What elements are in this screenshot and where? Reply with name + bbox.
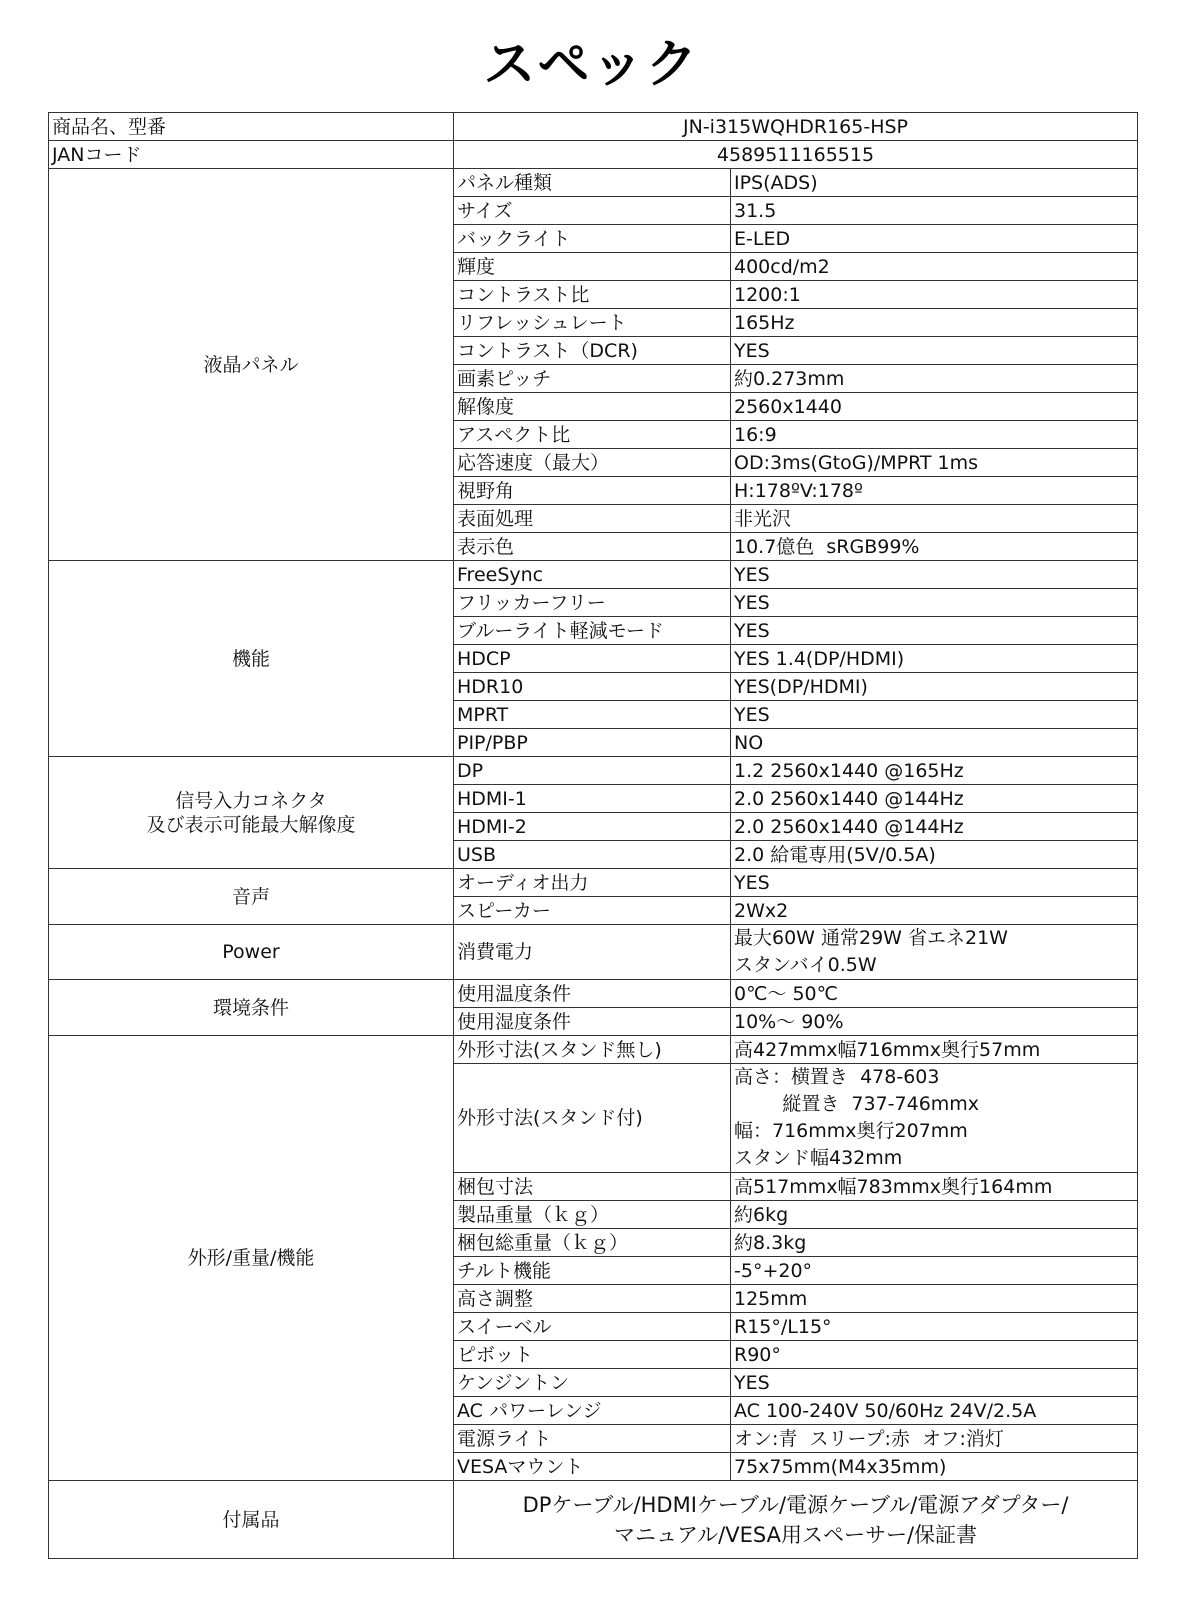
value-line: YES: [734, 563, 1134, 587]
category-line: 及び表示可能最大解像度: [52, 813, 450, 837]
spec-label: リフレッシュレート: [454, 309, 731, 337]
value-line: R15°/L15°: [734, 1315, 1134, 1339]
spec-row: Power消費電力最大60W 通常29W 省エネ21Wスタンバイ0.5W: [49, 925, 1138, 980]
spec-label: 外形寸法(スタンド無し): [454, 1036, 731, 1064]
spec-value: -5°+20°: [731, 1257, 1138, 1285]
spec-label: パネル種類: [454, 169, 731, 197]
spec-value: 約0.273mm: [731, 365, 1138, 393]
value-line: 165Hz: [734, 311, 1134, 335]
value-line: 2.0 2560x1440 @144Hz: [734, 787, 1134, 811]
accessories-line: DPケーブル/HDMIケーブル/電源ケーブル/電源アダプター/: [457, 1490, 1134, 1520]
category-line: 液晶パネル: [52, 353, 450, 377]
spec-value: OD:3ms(GtoG)/MPRT 1ms: [731, 449, 1138, 477]
spec-label: 梱包総重量（ｋｇ）: [454, 1229, 731, 1257]
spec-value: 約6kg: [731, 1201, 1138, 1229]
spec-value: 75x75mm(M4x35mm): [731, 1453, 1138, 1481]
spec-value: NO: [731, 729, 1138, 757]
value-line: YES: [734, 619, 1134, 643]
category-line: 環境条件: [52, 996, 450, 1020]
header-row: JANコード4589511165515: [49, 141, 1138, 169]
spec-value: YES: [731, 701, 1138, 729]
spec-row: 外形/重量/機能外形寸法(スタンド無し)高427mmx幅716mmx奥行57mm: [49, 1036, 1138, 1064]
value-line: 400cd/m2: [734, 255, 1134, 279]
spec-value: 16:9: [731, 421, 1138, 449]
spec-row: 信号入力コネクタ及び表示可能最大解像度DP1.2 2560x1440 @165H…: [49, 757, 1138, 785]
spec-label: 画素ピッチ: [454, 365, 731, 393]
value-line: 1200:1: [734, 283, 1134, 307]
value-line: 2.0 2560x1440 @144Hz: [734, 815, 1134, 839]
spec-value: 10.7億色 sRGB99%: [731, 533, 1138, 561]
header-label: 商品名、型番: [49, 113, 454, 141]
spec-label: アスペクト比: [454, 421, 731, 449]
value-line: YES(DP/HDMI): [734, 675, 1134, 699]
spec-value: IPS(ADS): [731, 169, 1138, 197]
spec-value: 高427mmx幅716mmx奥行57mm: [731, 1036, 1138, 1064]
spec-label: 使用温度条件: [454, 980, 731, 1008]
value-line: 非光沢: [734, 507, 1134, 531]
header-row: 商品名、型番JN-i315WQHDR165-HSP: [49, 113, 1138, 141]
section-category: 液晶パネル: [49, 169, 454, 561]
spec-row: 機能FreeSyncYES: [49, 561, 1138, 589]
value-line: 31.5: [734, 199, 1134, 223]
value-line: スタンバイ0.5W: [734, 952, 1134, 979]
spec-label: 解像度: [454, 393, 731, 421]
spec-value: H:178ºV:178º: [731, 477, 1138, 505]
spec-value: 高さ：横置き 478-603 縦置き 737-746mmx幅：716mmx奥行2…: [731, 1064, 1138, 1173]
section-category: 機能: [49, 561, 454, 757]
spec-value: YES(DP/HDMI): [731, 673, 1138, 701]
value-line: OD:3ms(GtoG)/MPRT 1ms: [734, 451, 1134, 475]
spec-value: YES: [731, 589, 1138, 617]
spec-label: HDR10: [454, 673, 731, 701]
header-value: 4589511165515: [454, 141, 1138, 169]
spec-row: 音声オーディオ出力YES: [49, 869, 1138, 897]
category-line: 信号入力コネクタ: [52, 789, 450, 813]
spec-label: 梱包寸法: [454, 1173, 731, 1201]
accessories-line: マニュアル/VESA用スペーサー/保証書: [457, 1520, 1134, 1550]
value-line: 16:9: [734, 423, 1134, 447]
category-line: Power: [52, 940, 450, 964]
value-line: 2560x1440: [734, 395, 1134, 419]
value-line: YES: [734, 339, 1134, 363]
value-line: YES: [734, 591, 1134, 615]
spec-value: 125mm: [731, 1285, 1138, 1313]
spec-value: 10%～ 90%: [731, 1008, 1138, 1036]
spec-label: MPRT: [454, 701, 731, 729]
section-category: 信号入力コネクタ及び表示可能最大解像度: [49, 757, 454, 869]
spec-value: AC 100-240V 50/60Hz 24V/2.5A: [731, 1397, 1138, 1425]
value-line: 125mm: [734, 1287, 1134, 1311]
spec-value: YES: [731, 337, 1138, 365]
value-line: E-LED: [734, 227, 1134, 251]
value-line: 0℃～ 50℃: [734, 982, 1134, 1006]
spec-label: スピーカー: [454, 897, 731, 925]
spec-value: 0℃～ 50℃: [731, 980, 1138, 1008]
accessories-row: 付属品DPケーブル/HDMIケーブル/電源ケーブル/電源アダプター/マニュアル/…: [49, 1481, 1138, 1559]
section-category: 環境条件: [49, 980, 454, 1036]
value-line: オン:青 スリープ:赤 オフ:消灯: [734, 1427, 1134, 1451]
value-line: YES 1.4(DP/HDMI): [734, 647, 1134, 671]
spec-label: HDMI-1: [454, 785, 731, 813]
spec-table: 商品名、型番JN-i315WQHDR165-HSPJANコード458951116…: [48, 112, 1138, 1559]
spec-label: DP: [454, 757, 731, 785]
spec-label: PIP/PBP: [454, 729, 731, 757]
accessories-value: DPケーブル/HDMIケーブル/電源ケーブル/電源アダプター/マニュアル/VES…: [454, 1481, 1138, 1559]
spec-label: ケンジントン: [454, 1369, 731, 1397]
value-line: 縦置き 737-746mmx: [734, 1091, 1134, 1118]
spec-value: 2560x1440: [731, 393, 1138, 421]
spec-row: 環境条件使用温度条件0℃～ 50℃: [49, 980, 1138, 1008]
value-line: R90°: [734, 1343, 1134, 1367]
spec-value: 2Wx2: [731, 897, 1138, 925]
spec-label: 電源ライト: [454, 1425, 731, 1453]
spec-label: 使用湿度条件: [454, 1008, 731, 1036]
section-category: Power: [49, 925, 454, 980]
spec-label: フリッカーフリー: [454, 589, 731, 617]
spec-label: 表示色: [454, 533, 731, 561]
spec-label: ブルーライト軽減モード: [454, 617, 731, 645]
value-line: NO: [734, 731, 1134, 755]
spec-label: USB: [454, 841, 731, 869]
value-line: 約8.3kg: [734, 1231, 1134, 1255]
value-line: 最大60W 通常29W 省エネ21W: [734, 925, 1134, 952]
spec-label: オーディオ出力: [454, 869, 731, 897]
value-line: 約6kg: [734, 1203, 1134, 1227]
value-line: 10%～ 90%: [734, 1010, 1134, 1034]
spec-value: E-LED: [731, 225, 1138, 253]
spec-label: 外形寸法(スタンド付): [454, 1064, 731, 1173]
spec-label: FreeSync: [454, 561, 731, 589]
spec-value: 165Hz: [731, 309, 1138, 337]
spec-label: VESAマウント: [454, 1453, 731, 1481]
spec-value: YES: [731, 1369, 1138, 1397]
category-line: 外形/重量/機能: [52, 1246, 450, 1270]
spec-label: 輝度: [454, 253, 731, 281]
spec-value: 最大60W 通常29W 省エネ21Wスタンバイ0.5W: [731, 925, 1138, 980]
spec-label: HDMI-2: [454, 813, 731, 841]
spec-label: スイーベル: [454, 1313, 731, 1341]
spec-value: 非光沢: [731, 505, 1138, 533]
spec-label: HDCP: [454, 645, 731, 673]
spec-value: YES: [731, 869, 1138, 897]
spec-value: 約8.3kg: [731, 1229, 1138, 1257]
spec-value: 2.0 2560x1440 @144Hz: [731, 813, 1138, 841]
spec-value: YES 1.4(DP/HDMI): [731, 645, 1138, 673]
value-line: 幅：716mmx奥行207mm: [734, 1118, 1134, 1145]
spec-label: コントラスト比: [454, 281, 731, 309]
spec-label: チルト機能: [454, 1257, 731, 1285]
spec-row: 液晶パネルパネル種類IPS(ADS): [49, 169, 1138, 197]
category-line: 音声: [52, 885, 450, 909]
section-category: 音声: [49, 869, 454, 925]
value-line: 75x75mm(M4x35mm): [734, 1455, 1134, 1479]
spec-value: 31.5: [731, 197, 1138, 225]
spec-label: 製品重量（ｋｇ）: [454, 1201, 731, 1229]
spec-value: YES: [731, 617, 1138, 645]
value-line: YES: [734, 703, 1134, 727]
value-line: AC 100-240V 50/60Hz 24V/2.5A: [734, 1399, 1134, 1423]
value-line: 2Wx2: [734, 899, 1134, 923]
value-line: 約0.273mm: [734, 367, 1134, 391]
page-title: スペック: [0, 22, 1183, 97]
value-line: H:178ºV:178º: [734, 479, 1134, 503]
spec-label: 視野角: [454, 477, 731, 505]
value-line: -5°+20°: [734, 1259, 1134, 1283]
spec-label: 表面処理: [454, 505, 731, 533]
value-line: YES: [734, 1371, 1134, 1395]
category-line: 機能: [52, 647, 450, 671]
value-line: 高517mmx幅783mmx奥行164mm: [734, 1175, 1134, 1199]
spec-label: コントラスト（DCR): [454, 337, 731, 365]
header-value: JN-i315WQHDR165-HSP: [454, 113, 1138, 141]
spec-label: 応答速度（最大）: [454, 449, 731, 477]
spec-label: ピボット: [454, 1341, 731, 1369]
spec-label: AC パワーレンジ: [454, 1397, 731, 1425]
value-line: 高427mmx幅716mmx奥行57mm: [734, 1038, 1134, 1062]
spec-value: R90°: [731, 1341, 1138, 1369]
value-line: 高さ：横置き 478-603: [734, 1064, 1134, 1091]
value-line: 10.7億色 sRGB99%: [734, 535, 1134, 559]
spec-value: オン:青 スリープ:赤 オフ:消灯: [731, 1425, 1138, 1453]
value-line: YES: [734, 871, 1134, 895]
spec-value: 2.0 給電専用(5V/0.5A): [731, 841, 1138, 869]
spec-value: 2.0 2560x1440 @144Hz: [731, 785, 1138, 813]
accessories-label: 付属品: [49, 1481, 454, 1559]
spec-value: R15°/L15°: [731, 1313, 1138, 1341]
value-line: 2.0 給電専用(5V/0.5A): [734, 843, 1134, 867]
value-line: 1.2 2560x1440 @165Hz: [734, 759, 1134, 783]
value-line: スタンド幅432mm: [734, 1145, 1134, 1172]
spec-value: YES: [731, 561, 1138, 589]
header-label: JANコード: [49, 141, 454, 169]
value-line: IPS(ADS): [734, 171, 1134, 195]
spec-value: 1200:1: [731, 281, 1138, 309]
spec-label: バックライト: [454, 225, 731, 253]
section-category: 外形/重量/機能: [49, 1036, 454, 1481]
spec-label: 高さ調整: [454, 1285, 731, 1313]
spec-value: 400cd/m2: [731, 253, 1138, 281]
spec-label: 消費電力: [454, 925, 731, 980]
spec-value: 高517mmx幅783mmx奥行164mm: [731, 1173, 1138, 1201]
spec-value: 1.2 2560x1440 @165Hz: [731, 757, 1138, 785]
spec-label: サイズ: [454, 197, 731, 225]
